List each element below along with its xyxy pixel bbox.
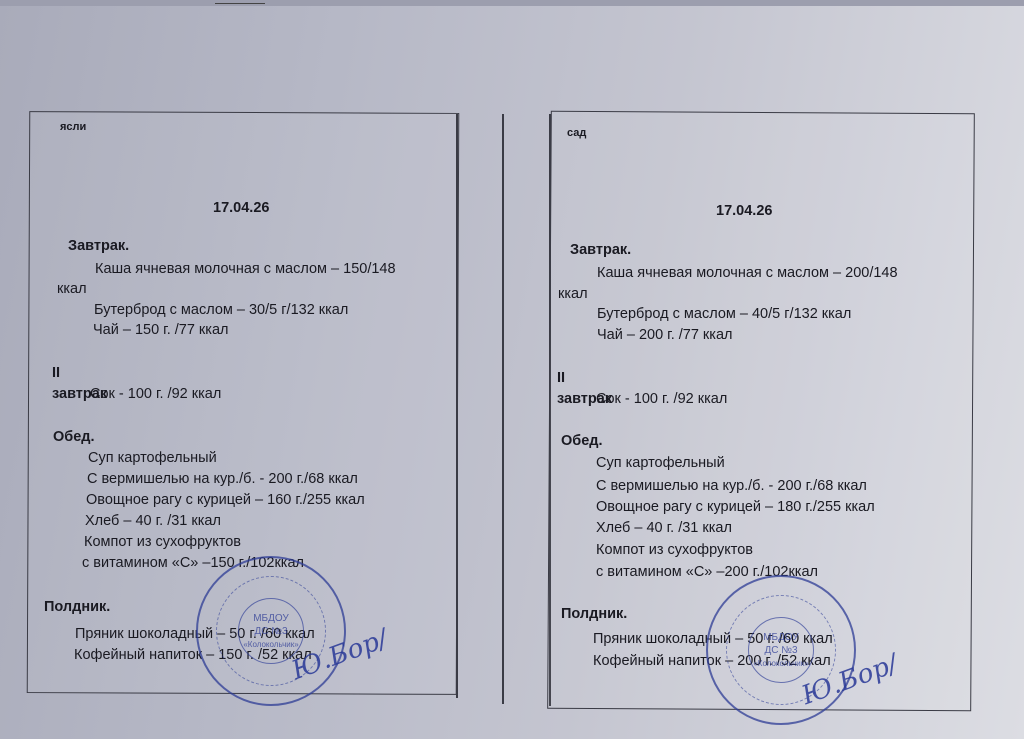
menu-item: Бутерброд с маслом – 40/5 г/132 ккал [597,304,851,325]
menu-item: Суп картофельный [596,453,725,474]
section-title-snack: Полдник. [561,604,627,625]
menu-item: Пряник шоколадный – 50 г. /60 ккал [593,629,833,650]
menu-item: Бутерброд с маслом – 30/5 г/132 ккал [94,300,348,321]
section-title-snack: Полдник. [44,597,110,618]
group-label: сад [567,123,586,144]
menu-item: Хлеб – 40 г. /31 ккал [85,511,221,532]
menu-item: Чай – 200 г. /77 ккал [597,325,732,346]
menu-item: Овощное рагу с курицей – 180 г./255 ккал [596,497,875,518]
menu-sheet: ясли 17.04.26 Завтрак. Каша ячневая моло… [0,0,1024,739]
menu-item: Сок - 100 г. /92 ккал [90,384,221,405]
menu-item: Кофейный напиток – 200 г. /52 ккал [593,651,831,672]
section-title-lunch: Обед. [53,427,95,448]
divider-line [502,114,504,704]
menu-item: ккал [558,284,588,305]
menu-item: Кофейный напиток – 150 г. /52 ккал [74,645,312,666]
menu-item: Компот из сухофруктов [84,532,241,553]
section-title-lunch: Обед. [561,431,603,452]
group-label: ясли [60,117,86,138]
menu-item: Каша ячневая молочная с маслом – 200/148 [597,263,898,284]
divider-line [456,114,458,698]
section-title-breakfast: Завтрак. [68,236,129,257]
menu-item: Сок - 100 г. /92 ккал [596,389,727,410]
menu-item: Каша ячневая молочная с маслом – 150/148 [95,259,396,280]
menu-date: 17.04.26 [213,198,269,219]
menu-item: Пряник шоколадный – 50 г. /60 ккал [75,624,315,645]
menu-item: с витамином «С» –200 г./102ккал [596,562,818,583]
section-title-breakfast: Завтрак. [570,240,631,261]
menu-item: С вермишелью на кур./б. - 200 г./68 ккал [596,476,867,497]
menu-item: Чай – 150 г. /77 ккал [93,320,228,341]
menu-item: ккал [57,279,87,300]
menu-item: Хлеб – 40 г. /31 ккал [596,518,732,539]
menu-item: Овощное рагу с курицей – 160 г./255 ккал [86,490,365,511]
menu-item: Суп картофельный [88,448,217,469]
menu-date: 17.04.26 [716,201,772,222]
menu-item: С вермишелью на кур./б. - 200 г./68 ккал [87,469,358,490]
menu-item: Компот из сухофруктов [596,540,753,561]
menu-item: с витамином «С» –150 г./102ккал [82,553,304,574]
